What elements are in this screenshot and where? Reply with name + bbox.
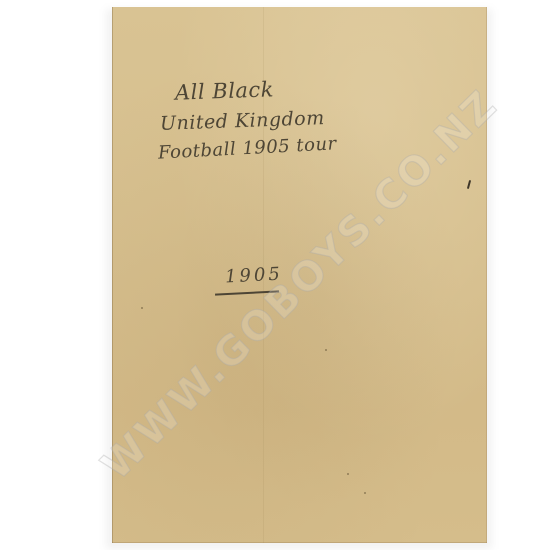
handwriting-subtitle: United Kingdom [160, 107, 325, 135]
handwriting-description: Football 1905 tour [158, 133, 338, 163]
paper-speck [325, 349, 327, 351]
paper-speck [364, 492, 366, 494]
booklet-cover: All Black United Kingdom Football 1905 t… [112, 7, 487, 543]
ink-mark [467, 180, 471, 189]
paper-speck [141, 307, 143, 309]
year-underline [215, 290, 279, 295]
handwritten-year: 1905 [224, 264, 283, 288]
handwriting-title: All Black [175, 77, 275, 104]
paper-speck [347, 473, 349, 475]
